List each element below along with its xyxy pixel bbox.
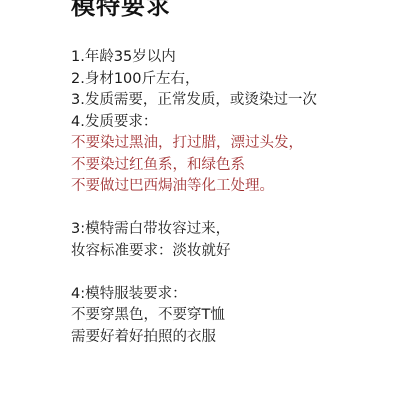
makeup-section: 3:模特需白带妆容过来， 妆容标准要求：淡妆就好 [71,219,400,262]
hair-restriction-3: 不要做过巴西焗油等化工处理。 [71,176,400,198]
hair-requirement-heading: 4.发质要求： [71,112,400,134]
basic-requirements-section: 1.年龄35岁以内 2.身材100斤左右， 3.发质需要，正常发质，或烫染过一次… [71,47,400,198]
clothing-preference: 需要好着好拍照的衣服 [71,327,400,349]
spacer [71,262,400,284]
hair-quality-requirement: 3.发质需要，正常发质，或烫染过一次 [71,90,400,112]
makeup-standard: 妆容标准要求：淡妆就好 [71,241,400,263]
clothing-restriction: 不要穿黑色，不要穿T恤 [71,305,400,327]
page-title: 模特要求 [71,0,171,21]
requirements-body: 1.年龄35岁以内 2.身材100斤左右， 3.发质需要，正常发质，或烫染过一次… [71,47,400,348]
weight-requirement: 2.身材100斤左右， [71,69,400,91]
clothing-heading: 4:模特服装要求： [71,284,400,306]
spacer [71,198,400,220]
clothing-section: 4:模特服装要求： 不要穿黑色，不要穿T恤 需要好着好拍照的衣服 [71,284,400,349]
age-requirement: 1.年龄35岁以内 [71,47,400,69]
hair-restriction-1: 不要染过黑油，打过腊，漂过头发， [71,133,400,155]
makeup-requirement: 3:模特需白带妆容过来， [71,219,400,241]
hair-restriction-2: 不要染过红鱼系，和绿色系 [71,155,400,177]
